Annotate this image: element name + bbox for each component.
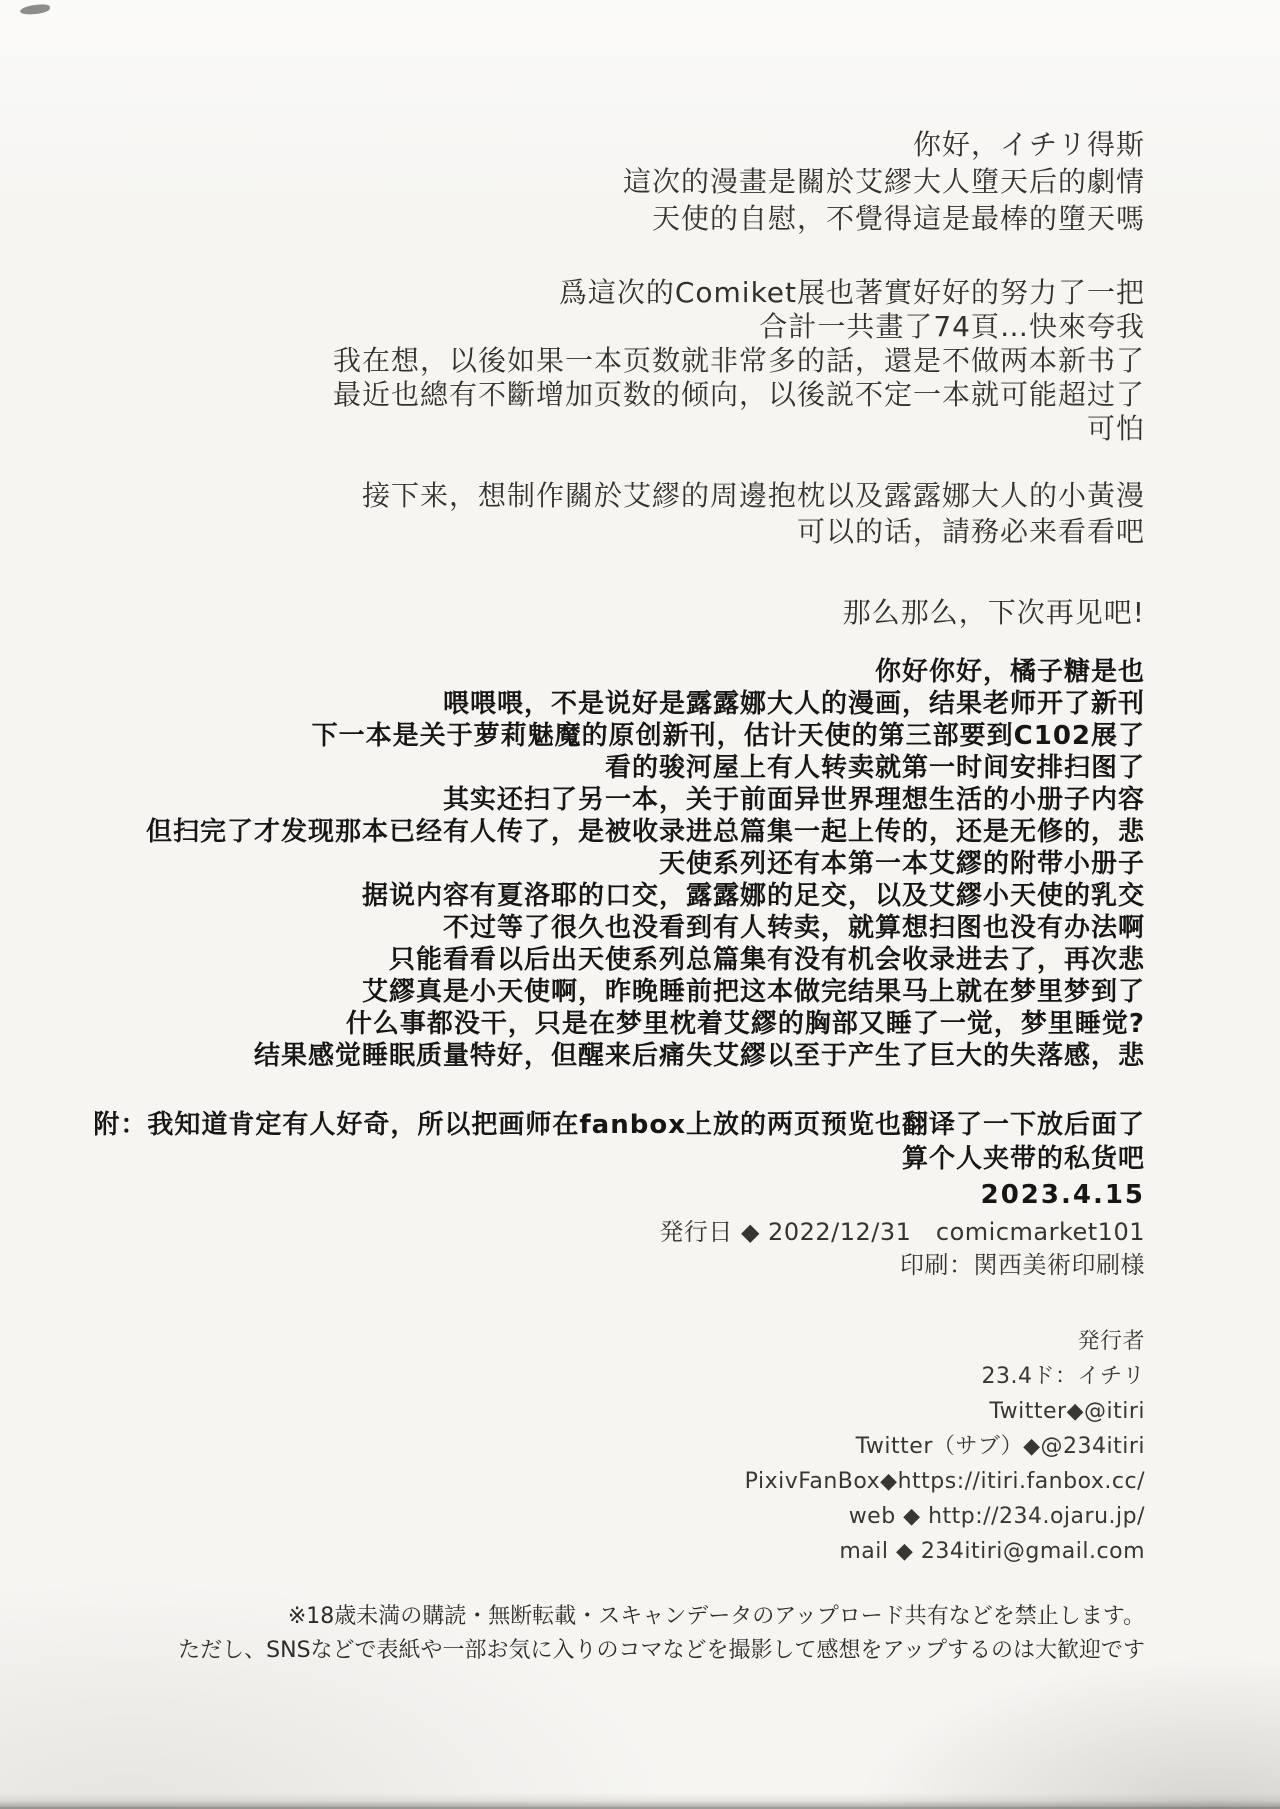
web-contact: web ◆ http://234.ojaru.jp/ [745,1499,1145,1534]
author-plans-block: 接下来，想制作關於艾繆的周邊抱枕以及露露娜大人的小黃漫 可以的话，請務必来看看吧 [362,478,1145,550]
text-line: 接下来，想制作關於艾繆的周邊抱枕以及露露娜大人的小黃漫 [362,478,1145,514]
text-line: 据说内容有夏洛耶的口交，露露娜的足交，以及艾繆小天使的乳交 [146,880,1145,912]
disclaimer-block: ※18歳未満の購読・無断転載・スキャンデータのアップロード共有などを禁止します。… [178,1600,1145,1668]
publisher-heading: 発行者 [745,1324,1145,1359]
text-line: 最近也總有不斷增加页数的倾向，以後説不定一本就可能超过了 [333,378,1145,412]
text-line: 天使系列还有本第一本艾繆的附带小册子 [146,848,1145,880]
text-line: 爲這次的Comiket展也著實好好的努力了一把 [333,276,1145,310]
twitter-sub-contact: Twitter（サブ）◆@234itiri [745,1429,1145,1464]
afterword-page: 你好，イチリ得斯 這次的漫畫是關於艾繆大人墮天后的劇情 天使的自慰，不覺得這是最… [0,0,1280,1809]
text-line: 算个人夹带的私货吧 [93,1142,1145,1176]
translator-note-block: 你好你好，橘子糖是也 喂喂喂，不是说好是露露娜大人的漫画，结果老师开了新刊 下一… [146,656,1145,1072]
text-line: 你好你好，橘子糖是也 [146,656,1145,688]
text-line: ※18歳未満の購読・無断転載・スキャンデータのアップロード共有などを禁止します。 [178,1600,1145,1634]
text-line: ただし、SNSなどで表紙や一部お気に入りのコマなどを撮影して感想をアップするのは… [178,1634,1145,1668]
publication-info-block: 発行日 ◆ 2022/12/31 comicmarket101 印刷：関西美術印… [659,1216,1145,1282]
scan-bottom-edge [0,1793,1280,1809]
text-line: 但扫完了才发现那本已经有人传了，是被收录进总篇集一起上传的，还是无修的，悲 [146,816,1145,848]
release-date-line: 発行日 ◆ 2022/12/31 comicmarket101 [659,1216,1145,1249]
text-line: 看的骏河屋上有人转卖就第一时间安排扫图了 [146,752,1145,784]
text-line: 其实还扫了另一本，关于前面异世界理想生活的小册子内容 [146,784,1145,816]
twitter-contact: Twitter◆@itiri [745,1394,1145,1429]
mail-contact: mail ◆ 234itiri@gmail.com [745,1534,1145,1569]
text-line: 可以的话，請務必来看看吧 [362,514,1145,550]
circle-name: 23.4ド：イチリ [745,1359,1145,1394]
author-farewell-line: 那么那么，下次再见吧! [843,596,1145,630]
text-line: 天使的自慰，不覺得這是最棒的墮天嗎 [623,200,1145,237]
text-line: 你好，イチリ得斯 [623,126,1145,163]
scan-artifact [20,3,51,15]
text-line: 可怕 [333,412,1145,446]
publisher-block: 発行者 23.4ド：イチリ Twitter◆@itiri Twitter（サブ）… [745,1324,1145,1569]
text-line: 不过等了很久也没看到有人转卖，就算想扫图也没有办法啊 [146,912,1145,944]
translator-postscript-block: 附：我知道肯定有人好奇，所以把画师在fanbox上放的两页预览也翻译了一下放后面… [93,1108,1145,1212]
text-line: 喂喂喂，不是说好是露露娜大人的漫画，结果老师开了新刊 [146,688,1145,720]
text-line: 结果感觉睡眠质量特好，但醒来后痛失艾繆以至于产生了巨大的失落感，悲 [146,1040,1145,1072]
fanbox-contact: PixivFanBox◆https://itiri.fanbox.cc/ [745,1464,1145,1499]
text-line: 合計一共畫了74頁…快來夸我 [333,310,1145,344]
text-line: 下一本是关于萝莉魅魔的原创新刊，估计天使的第三部要到C102展了 [146,720,1145,752]
text-line: 這次的漫畫是關於艾繆大人墮天后的劇情 [623,163,1145,200]
text-line: 只能看看以后出天使系列总篇集有没有机会收录进去了，再次悲 [146,944,1145,976]
text-line: 我在想，以後如果一本页数就非常多的話，還是不做两本新书了 [333,344,1145,378]
text-line: 那么那么，下次再见吧! [843,596,1145,630]
text-line: 艾繆真是小天使啊，昨晚睡前把这本做完结果马上就在梦里梦到了 [146,976,1145,1008]
text-line: 附：我知道肯定有人好奇，所以把画师在fanbox上放的两页预览也翻译了一下放后面… [93,1108,1145,1142]
text-line: 什么事都没干，只是在梦里枕着艾繆的胸部又睡了一觉，梦里睡觉? [146,1008,1145,1040]
author-greeting-block: 你好，イチリ得斯 這次的漫畫是關於艾繆大人墮天后的劇情 天使的自慰，不覺得這是最… [623,126,1145,237]
author-comiket-block: 爲這次的Comiket展也著實好好的努力了一把 合計一共畫了74頁…快來夸我 我… [333,276,1145,446]
printer-line: 印刷：関西美術印刷様 [659,1249,1145,1282]
translation-date: 2023.4.15 [93,1178,1145,1212]
